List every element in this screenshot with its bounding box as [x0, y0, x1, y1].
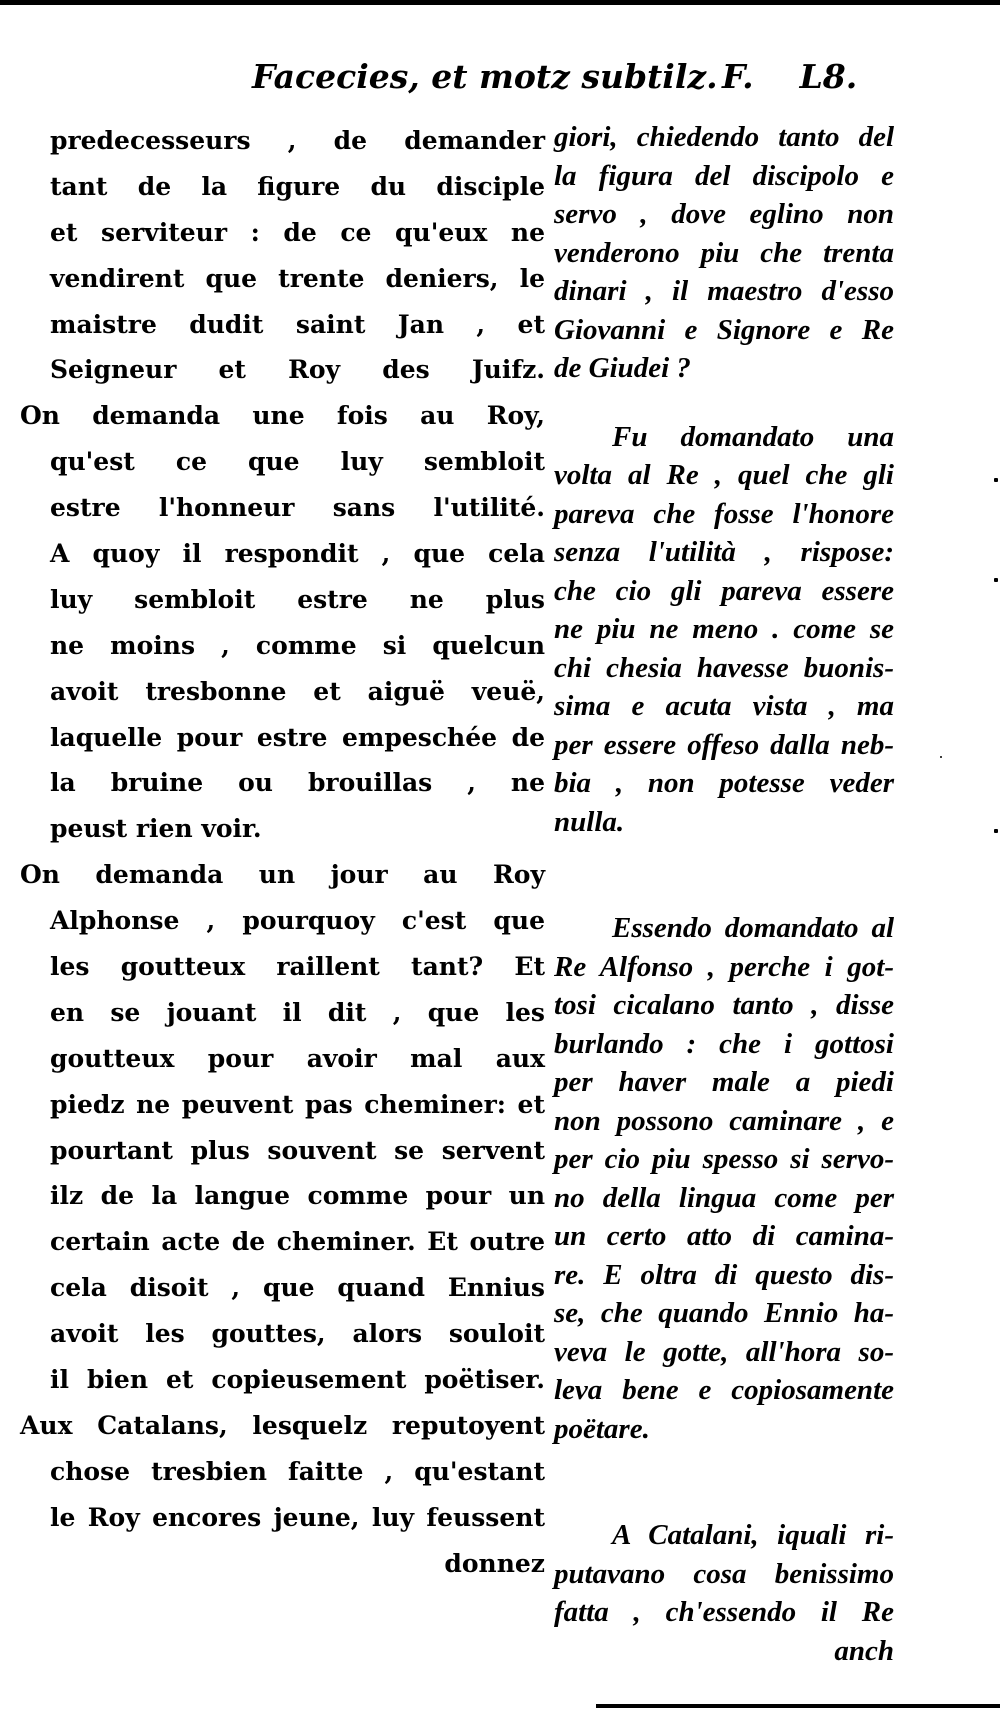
paragraph-gap — [554, 388, 894, 418]
paragraph: Essendo domandato al Re Alfonso , perche… — [554, 909, 894, 1448]
text-line: avoit les gouttes, alors souloit — [20, 1311, 545, 1357]
text-line: la bruine ou brouillas , ne — [20, 760, 545, 806]
text-line: piedz ne peuvent pas cheminer: et — [20, 1082, 545, 1128]
scan-bottom-edge — [596, 1704, 1000, 1708]
paragraph-start-line: On demanda une fois au Roy, — [20, 393, 545, 439]
text-line: avoit tresbonne et aiguë veuë, — [20, 669, 545, 715]
text-line: poëtare. — [554, 1410, 894, 1449]
text-line: che cio gli pareva essere — [554, 572, 894, 611]
text-line: la figura del discipolo e — [554, 157, 894, 196]
signature-mark: F. — [722, 57, 754, 96]
paragraph-start-line: On demanda un jour au Roy — [20, 852, 545, 898]
folio-number: F. L8. — [722, 52, 857, 102]
text-line: Re Alfonso , perche i got- — [554, 948, 894, 987]
text-line: peust rien voir. — [20, 806, 545, 852]
text-line: senza l'utilità , rispose: — [554, 533, 894, 572]
text-line: chi chesia havesse buonis- — [554, 649, 894, 688]
text-line: bia , non potesse veder — [554, 764, 894, 803]
french-text-column: predecesseurs , de demander tant de la f… — [20, 118, 545, 1587]
text-line: il bien et copieusement poëtiser. — [20, 1357, 545, 1403]
text-line: Seigneur et Roy des Juifz. — [20, 347, 545, 393]
text-line: ilz de la langue comme pour un — [20, 1173, 545, 1219]
text-line: leva bene e copiosamente — [554, 1371, 894, 1410]
text-line: putavano cosa benissimo — [554, 1555, 894, 1594]
scan-speck — [994, 478, 998, 482]
text-line: un certo atto di camina- — [554, 1217, 894, 1256]
paragraph: Fu domandato una volta al Re , quel che … — [554, 418, 894, 842]
text-line: ne piu ne meno . come se — [554, 610, 894, 649]
scan-speck — [994, 578, 998, 582]
text-line: Giovanni e Signore e Re — [554, 311, 894, 350]
text-line: re. E oltra di questo dis- — [554, 1256, 894, 1295]
running-head-title: Facecies, et motz subtilz. — [252, 57, 718, 96]
paragraph: giori, chiedendo tanto del la figura del… — [554, 118, 894, 388]
text-line: Essendo domandato al — [554, 909, 894, 948]
catchword: anch — [554, 1632, 894, 1671]
text-line: volta al Re , quel che gli — [554, 456, 894, 495]
text-line: maistre dudit saint Jan , et — [20, 302, 545, 348]
text-line: Alphonse , pourquoy c'est que — [20, 898, 545, 944]
text-line: certain acte de cheminer. Et outre — [20, 1219, 545, 1265]
scan-top-border — [0, 0, 1000, 5]
text-line: les goutteux raillent tant? Et — [20, 944, 545, 990]
text-line: nulla. — [554, 803, 894, 842]
text-line: per essere offeso dalla neb- — [554, 726, 894, 765]
text-line: de Giudei ? — [554, 349, 894, 388]
text-line: fatta , ch'essendo il Re — [554, 1593, 894, 1632]
text-line: chose tresbien faitte , qu'estant — [20, 1449, 545, 1495]
text-line: goutteux pour avoir mal aux — [20, 1036, 545, 1082]
catchword: donnez — [20, 1541, 545, 1587]
text-line: A quoy il respondit , que cela — [20, 531, 545, 577]
text-line: luy sembloit estre ne plus — [20, 577, 545, 623]
text-line: pareva che fosse l'honore — [554, 495, 894, 534]
text-line: le Roy encores jeune, luy feussent — [20, 1495, 545, 1541]
text-line: per cio piu spesso si servo- — [554, 1140, 894, 1179]
text-line: pourtant plus souvent se servent — [20, 1128, 545, 1174]
text-line: tant de la figure du disciple — [20, 164, 545, 210]
text-line: veva le gotte, all'hora so- — [554, 1333, 894, 1372]
text-line: A Catalani, iquali ri- — [554, 1516, 894, 1555]
paragraph-gap — [554, 1448, 894, 1516]
text-line: ne moins , comme si quelcun — [20, 623, 545, 669]
text-line: non possono caminare , e — [554, 1102, 894, 1141]
text-line: laquelle pour estre empeschée de — [20, 715, 545, 761]
text-line: giori, chiedendo tanto del — [554, 118, 894, 157]
paragraph: A Catalani, iquali ri- putavano cosa ben… — [554, 1516, 894, 1670]
text-line: vendirent que trente deniers, le — [20, 256, 545, 302]
text-line: predecesseurs , de demander — [20, 118, 545, 164]
text-line: servo , dove eglino non — [554, 195, 894, 234]
running-head: Facecies, et motz subtilz. F. L8. — [252, 52, 892, 102]
text-line: qu'est ce que luy sembloit — [20, 439, 545, 485]
text-line: en se jouant il dit , que les — [20, 990, 545, 1036]
leaf-number: L8. — [800, 57, 858, 96]
text-line: estre l'honneur sans l'utilité. — [20, 485, 545, 531]
paragraph-start-line: Aux Catalans, lesquelz reputoyent — [20, 1403, 545, 1449]
scan-speck — [994, 829, 998, 833]
text-line: Fu domandato una — [554, 418, 894, 457]
scan-speck — [940, 756, 942, 758]
text-line: cela disoit , que quand Ennius — [20, 1265, 545, 1311]
text-line: dinari , il maestro d'esso — [554, 272, 894, 311]
text-line: venderono piu che trenta — [554, 234, 894, 273]
text-line: se, che quando Ennio ha- — [554, 1294, 894, 1333]
text-line: no della lingua come per — [554, 1179, 894, 1218]
text-line: per haver male a piedi — [554, 1063, 894, 1102]
text-line: sima e acuta vista , ma — [554, 687, 894, 726]
italian-text-column: giori, chiedendo tanto del la figura del… — [554, 118, 894, 1670]
paragraph-gap — [554, 841, 894, 909]
text-line: tosi cicalano tanto , disse — [554, 986, 894, 1025]
text-line: burlando : che i gottosi — [554, 1025, 894, 1064]
text-line: et serviteur : de ce qu'eux ne — [20, 210, 545, 256]
